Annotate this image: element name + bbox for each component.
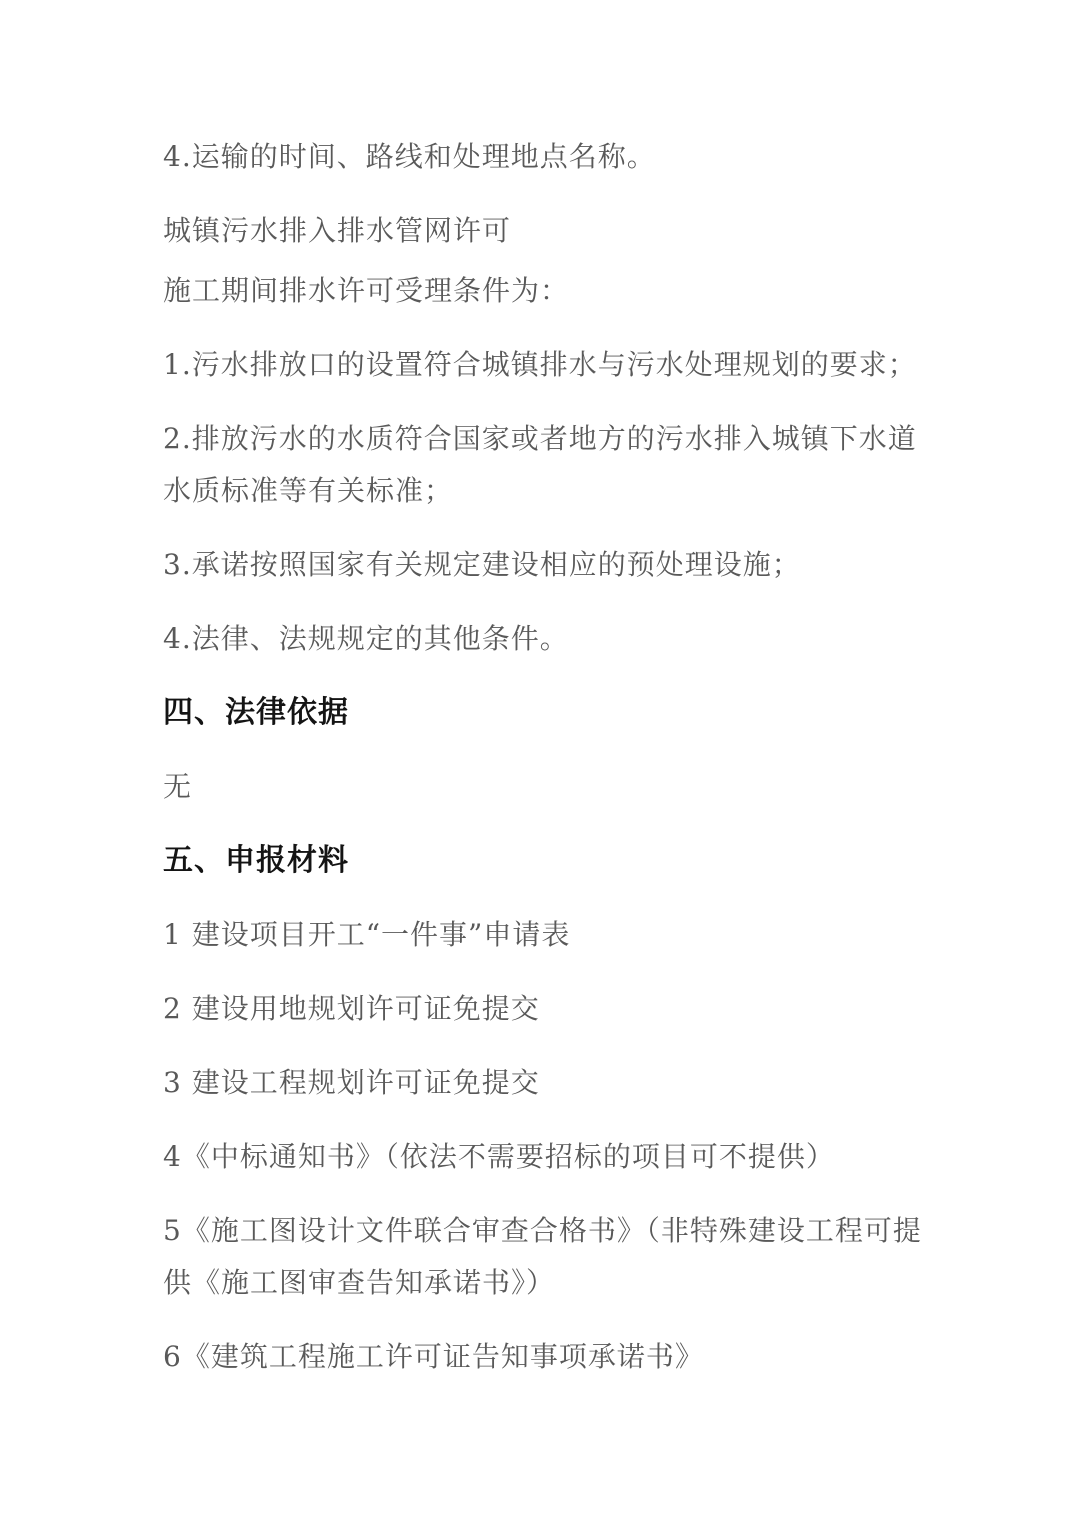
paragraph-condition-2: 2.排放污水的水质符合国家或者地方的污水排入城镇下水道水质标准等有关标准； [163,413,924,517]
section-heading-legal-basis: 四、法律依据 [163,687,924,739]
paragraph-condition-3: 3.承诺按照国家有关规定建设相应的预处理设施； [163,539,924,591]
section-heading-application-materials: 五、申报材料 [163,835,924,887]
paragraph-drainage-conditions-intro: 施工期间排水许可受理条件为： [163,265,924,317]
paragraph-sewage-permit-title: 城镇污水排入排水管网许可 [163,205,924,257]
paragraph-condition-4: 4.法律、法规规定的其他条件。 [163,613,924,665]
paragraph-material-2: 2 建设用地规划许可证免提交 [163,983,924,1035]
paragraph-material-5: 5《施工图设计文件联合审查合格书》（非特殊建设工程可提供《施工图审查告知承诺书》… [163,1205,924,1309]
paragraph-material-1: 1 建设项目开工“一件事”申请表 [163,909,924,961]
paragraph-material-3: 3 建设工程规划许可证免提交 [163,1057,924,1109]
paragraph-material-6: 6《建筑工程施工许可证告知事项承诺书》 [163,1331,924,1383]
paragraph-transport-info: 4.运输的时间、路线和处理地点名称。 [163,131,924,183]
paragraph-legal-basis-none: 无 [163,761,924,813]
document-content: 4.运输的时间、路线和处理地点名称。 城镇污水排入排水管网许可 施工期间排水许可… [0,0,1074,1383]
paragraph-material-4: 4《中标通知书》（依法不需要招标的项目可不提供） [163,1131,924,1183]
document-page: 4.运输的时间、路线和处理地点名称。 城镇污水排入排水管网许可 施工期间排水许可… [0,0,1074,1520]
paragraph-condition-1: 1.污水排放口的设置符合城镇排水与污水处理规划的要求； [163,339,924,391]
